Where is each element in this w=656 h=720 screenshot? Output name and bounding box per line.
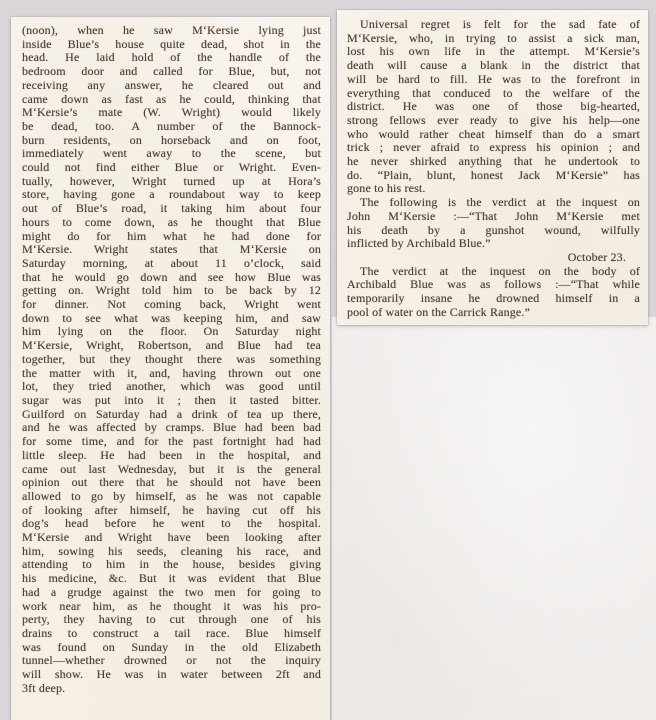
text-line: his death by a gunshot wound, wilfully bbox=[347, 224, 640, 238]
text-line: M‘Kersie and Wright have been looking af… bbox=[22, 531, 321, 545]
text-line: bedroom door and called for Blue, but, n… bbox=[22, 65, 321, 79]
paragraph: The verdict at the inquest on the body o… bbox=[347, 265, 640, 320]
paragraph: The following is the verdict at the inqu… bbox=[347, 196, 640, 251]
text-line: hours to come down, as he thought that B… bbox=[22, 216, 321, 230]
text-line: dog’s head before he went to the hospita… bbox=[22, 517, 321, 531]
article-column-left: (noon), when he saw M‘Kersie lying justi… bbox=[22, 24, 321, 695]
text-line: attending to him in the house, besides g… bbox=[22, 558, 321, 572]
text-line: be dead, too. A number of the Bannock- bbox=[22, 120, 321, 134]
text-line: came out last Wednesday, but it is the g… bbox=[22, 463, 321, 477]
text-line: him, sowing his seeds, cleaning his race… bbox=[22, 545, 321, 559]
text-line: allowed to go by himself, as he was not … bbox=[22, 490, 321, 504]
text-line: Guilford on Saturday had a drink of tea … bbox=[22, 408, 321, 422]
text-line: store, having gone a roundabout way to k… bbox=[22, 188, 321, 202]
text-line: lot, they tried another, which was good … bbox=[22, 380, 321, 394]
text-line: that he would go down and see how Blue w… bbox=[22, 271, 321, 285]
text-line: might do for him what he had done for bbox=[22, 230, 321, 244]
text-line: Universal regret is felt for the sad fat… bbox=[347, 18, 640, 32]
text-line: burn residents, on horseback and on foot… bbox=[22, 134, 321, 148]
text-line: perty, they having to cut through one of… bbox=[22, 613, 321, 627]
newspaper-clipping-right: Universal regret is felt for the sad fat… bbox=[337, 10, 648, 325]
text-line: his medicine, &c. But it was evident tha… bbox=[22, 572, 321, 586]
paragraph: (noon), when he saw M‘Kersie lying justi… bbox=[22, 24, 321, 695]
text-line: M‘Kersie’s mate (W. Wright) would likely bbox=[22, 106, 321, 120]
text-line: will show. He was in water between 2ft a… bbox=[22, 668, 321, 682]
text-line: tunnel—whether drowned or not the inquir… bbox=[22, 654, 321, 668]
text-line: The verdict at the inquest on the body o… bbox=[347, 265, 640, 279]
scanned-album-page: { "page": { "description": "Scanned scra… bbox=[0, 0, 656, 720]
album-page-blank-area bbox=[332, 317, 656, 720]
newspaper-clipping-left: (noon), when he saw M‘Kersie lying justi… bbox=[11, 17, 330, 720]
text-line: will be hard to fill. He was to the fore… bbox=[347, 73, 640, 87]
text-line: down to see what was keeping him, and sa… bbox=[22, 312, 321, 326]
text-line: district. He was one of those big-hearte… bbox=[347, 100, 640, 114]
text-line: The following is the verdict at the inqu… bbox=[347, 196, 640, 210]
text-line: little sleep. He had been in the hospita… bbox=[22, 449, 321, 463]
text-line: everything that conduced to the welfare … bbox=[347, 87, 640, 101]
text-line: receiving any answer, he cleared out and bbox=[22, 79, 321, 93]
text-line: inflicted by Archibald Blue.” bbox=[347, 237, 640, 251]
text-line: Archibald Blue was as follows :—“That wh… bbox=[347, 278, 640, 292]
text-line: Saturday morning, at about 11 o’clock, s… bbox=[22, 257, 321, 271]
text-line: had a grudge against the two men for goi… bbox=[22, 586, 321, 600]
text-line: for some time, and for the past fortnigh… bbox=[22, 435, 321, 449]
text-line: lost his own life in the attempt. M‘Kers… bbox=[347, 45, 640, 59]
text-line: sugar was put into it ; then it tasted b… bbox=[22, 394, 321, 408]
text-line: John M‘Kersie :—“That John M‘Kersie met bbox=[347, 210, 640, 224]
text-line: M‘Kersie, who, in trying to assist a sic… bbox=[347, 32, 640, 46]
text-line: for dinner. Not coming back, Wright went bbox=[22, 298, 321, 312]
text-line: and he was affected by cramps. Blue had … bbox=[22, 421, 321, 435]
text-line: work near him, as he thought it was his … bbox=[22, 600, 321, 614]
text-line: do. “Plain, blunt, honest Jack M‘Kersie”… bbox=[347, 169, 640, 183]
text-line: who would rather cheat himself than do a… bbox=[347, 128, 640, 142]
article-column-right: Universal regret is felt for the sad fat… bbox=[347, 18, 640, 319]
text-line: strong fellows ever ready to give his he… bbox=[347, 114, 640, 128]
text-line: he never shirked anything that he undert… bbox=[347, 155, 640, 169]
text-line: immediately went away to the scene, but bbox=[22, 147, 321, 161]
paragraph: Universal regret is felt for the sad fat… bbox=[347, 18, 640, 196]
text-line: inside Blue’s house quite dead, shot in … bbox=[22, 38, 321, 52]
text-line: drains to construct a tail race. Blue hi… bbox=[22, 627, 321, 641]
text-line: could not find either Blue or Wright. Ev… bbox=[22, 161, 321, 175]
text-line: M‘Kersie. Wright states that M‘Kersie on bbox=[22, 243, 321, 257]
text-line: gone to his rest. bbox=[347, 182, 640, 196]
text-line: was found on Sunday in the old Elizabeth bbox=[22, 641, 321, 655]
text-line: the matter with it, and, having thrown o… bbox=[22, 367, 321, 381]
paragraph: October 23. bbox=[347, 251, 640, 265]
text-line: M‘Kersie, Wright, Robertson, and Blue ha… bbox=[22, 339, 321, 353]
text-line: getting on. Wright told him to be back b… bbox=[22, 284, 321, 298]
text-line: October 23. bbox=[347, 251, 640, 265]
text-line: together, but they thought there was som… bbox=[22, 353, 321, 367]
text-line: him lying on the floor. On Saturday nigh… bbox=[22, 325, 321, 339]
text-line: head. He laid hold of the handle of the bbox=[22, 51, 321, 65]
text-line: 3ft deep. bbox=[22, 682, 321, 696]
text-line: opinion out there that he should not hav… bbox=[22, 476, 321, 490]
text-line: out of Blue’s road, it taking him about … bbox=[22, 202, 321, 216]
text-line: death will cause a blank in the district… bbox=[347, 59, 640, 73]
text-line: (noon), when he saw M‘Kersie lying just bbox=[22, 24, 321, 38]
text-line: temporarily insane he drowned himself in… bbox=[347, 292, 640, 306]
text-line: pool of water on the Carrick Range.” bbox=[347, 306, 640, 320]
text-line: of looking after himself, he having cut … bbox=[22, 504, 321, 518]
text-line: tually, however, Wright turned up at Hor… bbox=[22, 175, 321, 189]
text-line: trick ; never afraid to express his opin… bbox=[347, 141, 640, 155]
text-line: came down as fast as he could, thinking … bbox=[22, 93, 321, 107]
